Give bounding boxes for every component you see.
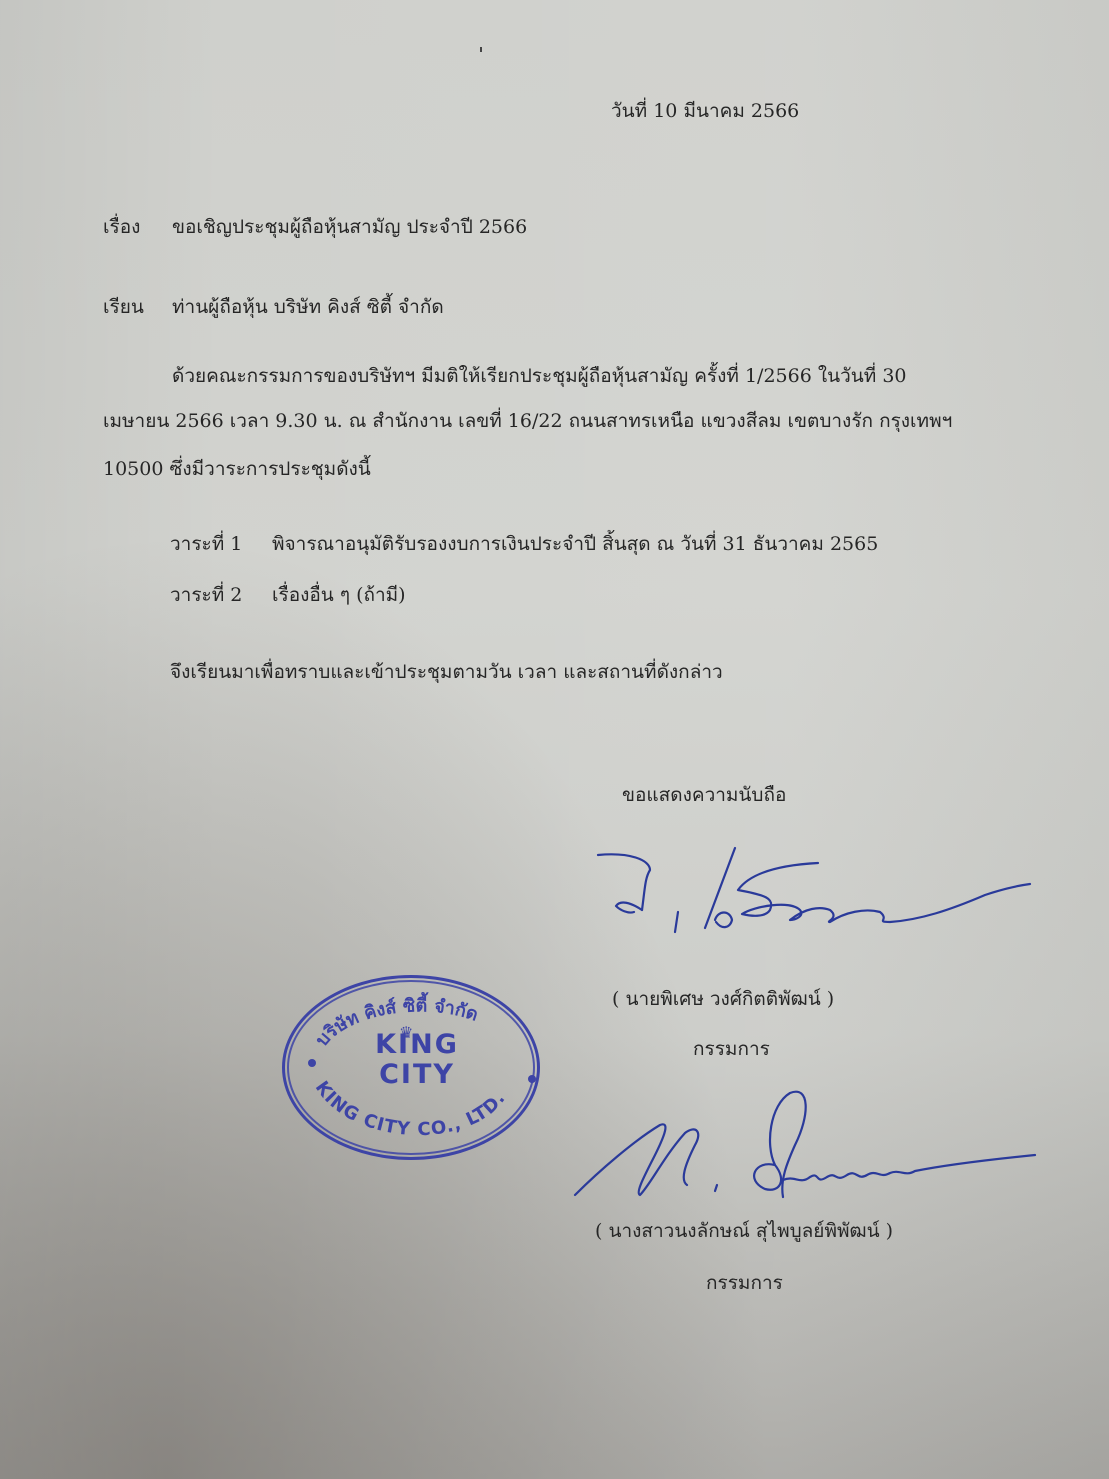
signatory-2-title: กรรมการ [706, 1274, 783, 1293]
body-paragraph-line-1: ด้วยคณะกรรมการของบริษัทฯ มีมติให้เรียกปร… [172, 367, 907, 386]
signatory-2-name: ( นางสาวนงลักษณ์ สุไพบูลย์พิพัฒน์ ) [595, 1222, 893, 1241]
subject-text: ขอเชิญประชุมผู้ถือหุ้นสามัญ ประจำปี 2566 [172, 218, 527, 237]
regards-text: ขอแสดงความนับถือ [622, 786, 786, 805]
subject-label: เรื่อง [103, 218, 140, 237]
stamp-logo: KING CITY [367, 1030, 467, 1090]
company-stamp: บริษัท คิงส์ ซิตี้ จำกัด KING CITY CO., … [282, 975, 540, 1160]
letter-date: วันที่ 10 มีนาคม 2566 [611, 102, 799, 121]
agenda-item-2-text: เรื่องอื่น ๆ (ถ้ามี) [272, 586, 406, 605]
body-paragraph-line-3: 10500 ซึ่งมีวาระการประชุมดังนี้ [103, 460, 371, 479]
signatory-1-title: กรรมการ [693, 1040, 770, 1059]
handwritten-signature-icon [565, 1085, 1045, 1205]
agenda-item-1-number: วาระที่ 1 [170, 535, 242, 554]
body-paragraph-line-2: เมษายน 2566 เวลา 9.30 น. ณ สำนักงาน เลขท… [103, 412, 952, 431]
paper-background [0, 0, 1109, 1479]
stamp-logo-line-1: KING [367, 1030, 467, 1060]
agenda-item-2-number: วาระที่ 2 [170, 586, 242, 605]
paper-speck [480, 47, 482, 52]
agenda-item-1-text: พิจารณาอนุมัติรับรองงบการเงินประจำปี สิ้… [272, 535, 878, 554]
signatory-1-name: ( นายพิเศษ วงศ์กิตติพัฒน์ ) [612, 990, 834, 1009]
recipient-label: เรียน [103, 298, 144, 317]
stamp-logo-line-2: CITY [367, 1060, 467, 1090]
recipient-text: ท่านผู้ถือหุ้น บริษัท คิงส์ ซิตี้ จำกัด [172, 298, 444, 317]
closing-sentence: จึงเรียนมาเพื่อทราบและเข้าประชุมตามวัน เ… [170, 663, 723, 682]
handwritten-signature-icon [590, 840, 1040, 940]
